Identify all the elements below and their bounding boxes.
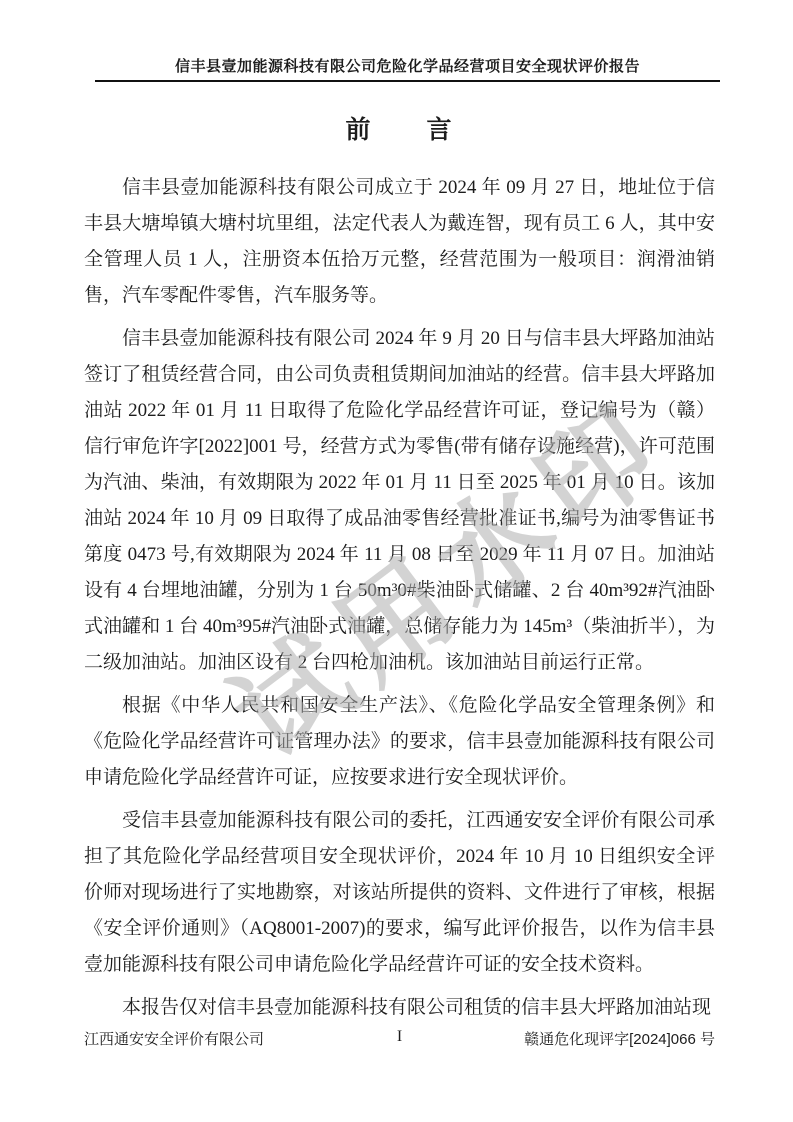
paragraph-legal-basis: 根据《中华人民共和国安全生产法》、《危险化学品安全管理条例》和《危险化学品经营许… [84, 688, 715, 796]
document-body: 前 言 信丰县壹加能源科技有限公司成立于 2024 年 09 月 27 日，地址… [84, 104, 715, 1033]
paragraph-evaluation-commission: 受信丰县壹加能源科技有限公司的委托，江西通安安全评价有限公司承担了其危险化学品经… [84, 803, 715, 983]
page-footer: 江西通安安全评价有限公司 I 赣通危化现评字[2024]066 号 [84, 1028, 715, 1049]
page-header-title: 信丰县壹加能源科技有限公司危险化学品经营项目安全现状评价报告 [95, 55, 720, 82]
section-title: 前 言 [84, 110, 715, 146]
paragraph-report-scope: 本报告仅对信丰县壹加能源科技有限公司租赁的信丰县大坪路加油站现 [84, 990, 715, 1026]
footer-page-number: I [84, 1028, 715, 1046]
document-page: 信丰县壹加能源科技有限公司危险化学品经营项目安全现状评价报告 前 言 信丰县壹加… [0, 0, 793, 1122]
paragraph-station-lease-license: 信丰县壹加能源科技有限公司 2024 年 9 月 20 日与信丰县大坪路加油站签… [84, 321, 715, 681]
paragraph-company-intro: 信丰县壹加能源科技有限公司成立于 2024 年 09 月 27 日，地址位于信丰… [84, 170, 715, 314]
